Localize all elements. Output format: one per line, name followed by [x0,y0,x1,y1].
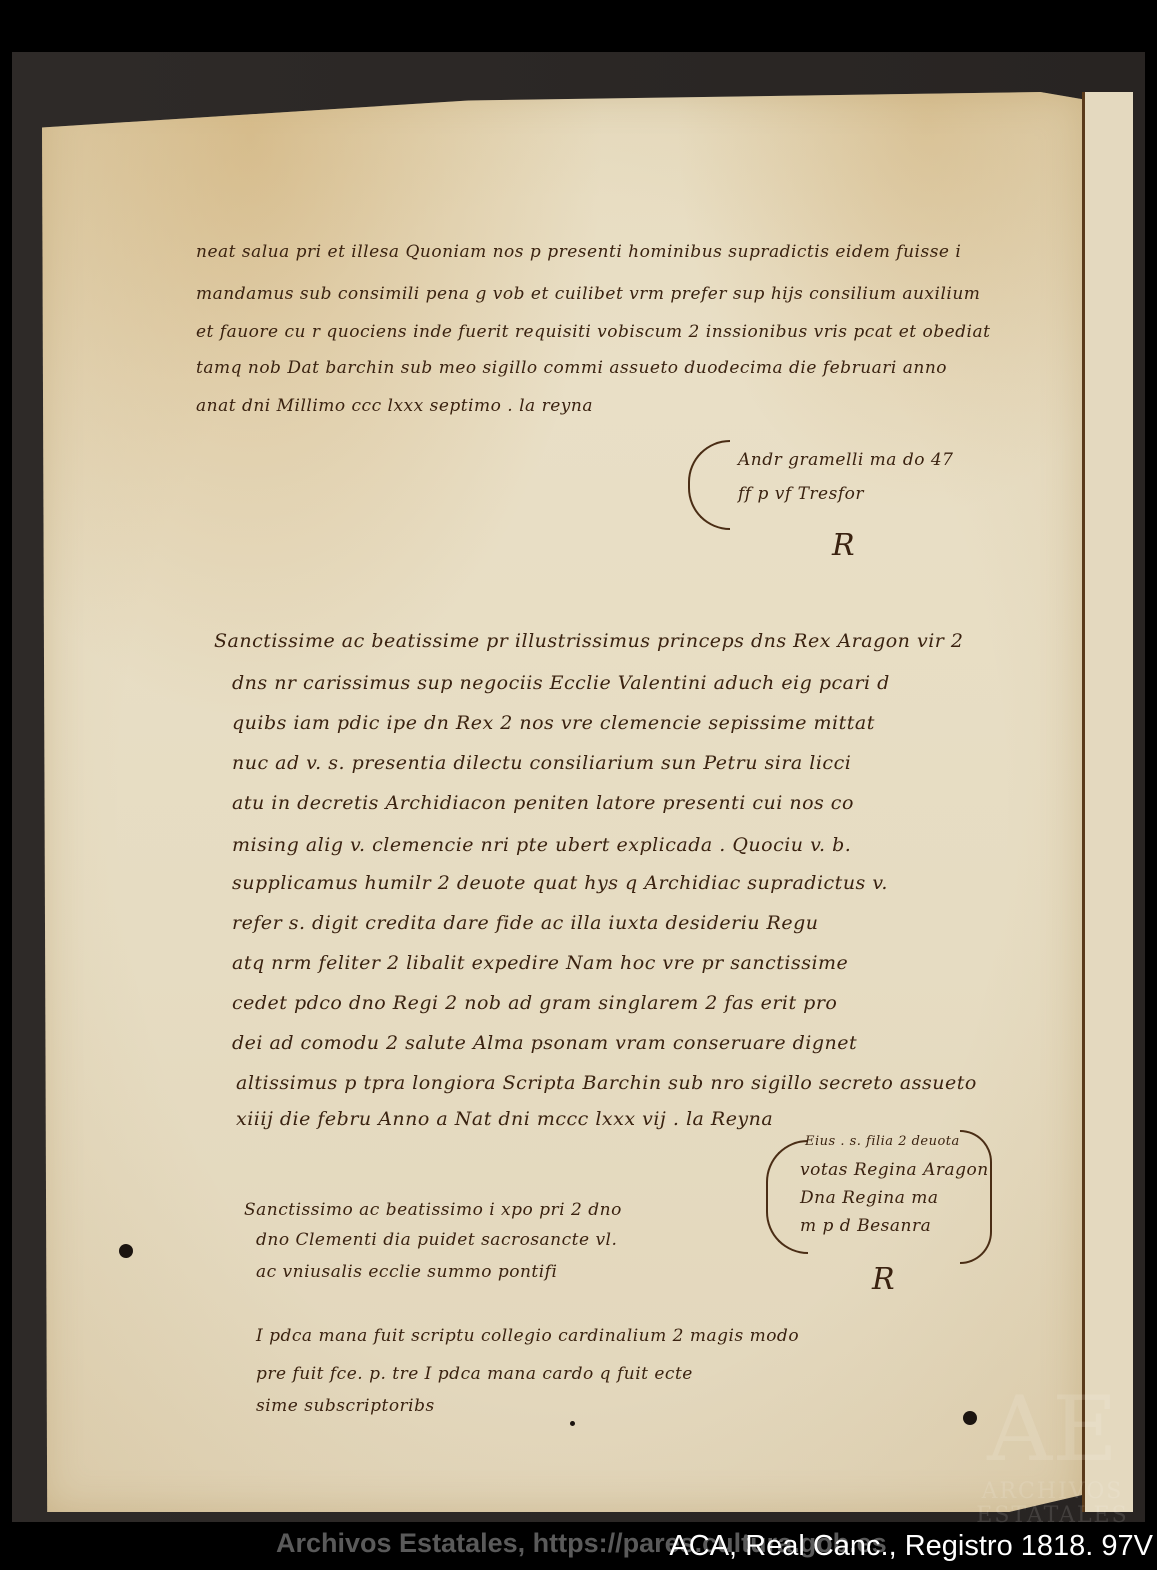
annotation-line: ff p vf Tresfor [738,484,864,504]
manuscript-line: refer s. digit credita dare fide ac illa… [232,912,819,934]
manuscript-line: anat dni Millimo ccc lxxx septimo . la r… [196,396,593,416]
manuscript-line: supplicamus humilr 2 deuote quat hys q A… [232,872,888,894]
manuscript-line: xiiij die febru Anno a Nat dni mccc lxxx… [236,1108,773,1130]
manuscript-line: cedet pdco dno Regi 2 nob ad gram singla… [232,992,837,1014]
manuscript-line: dei ad comodu 2 salute Alma psonam vram … [232,1032,857,1054]
manuscript-line: et fauore cu r quociens inde fuerit requ… [196,322,990,342]
manuscript-line: Sanctissime ac beatissime pr illustrissi… [214,630,963,652]
annotation-line: m p d Besanra [800,1216,931,1236]
manuscript-line: nuc ad v. s. presentia dilectu consiliar… [232,752,851,774]
bracket-decoration [960,1130,992,1264]
annotation-line: Eius . s. filia 2 deuota [805,1134,960,1149]
manuscript-line: sime subscriptoribs [256,1396,435,1416]
footer-caption: Archivos Estatales, https://pares.cultur… [0,1522,1157,1570]
ink-dot [570,1421,575,1426]
manuscript-line: quibs iam pdic ipe dn Rex 2 nos vre clem… [232,712,875,734]
manuscript-line: pre fuit fce. p. tre I pdca mana cardo q… [256,1364,693,1384]
annotation-line: Dna Regina ma [800,1188,939,1208]
watermark-logo: AE [965,1380,1140,1480]
manuscript-line: I pdca mana fuit scriptu collegio cardin… [256,1326,799,1346]
annotation-line: Andr gramelli ma do 47 [738,450,954,470]
manuscript-line: atq nrm feliter 2 libalit expedire Nam h… [232,952,848,974]
archive-reference: ACA, Real Canc., Registro 1818. 97V [669,1530,1153,1563]
manuscript-line: mising alig v. clemencie nri pte ubert e… [232,834,851,856]
registration-mark: R [872,1262,895,1297]
manuscript-line: altissimus p tpra longiora Scripta Barch… [236,1072,977,1094]
manuscript-line: mandamus sub consimili pena g vob et cui… [196,284,980,304]
adjacent-page-edge [1082,92,1133,1512]
manuscript-line: neat salua pri et illesa Quoniam nos p p… [196,242,961,262]
manuscript-line: tamq nob Dat barchin sub meo sigillo com… [196,358,947,378]
manuscript-line: ac vniusalis ecclie summo pontifi [256,1262,557,1282]
annotation-line: votas Regina Aragon [800,1160,989,1180]
manuscript-line: dno Clementi dia puidet sacrosancte vl. [256,1230,617,1250]
manuscript-line: Sanctissimo ac beatissimo i xpo pri 2 dn… [244,1200,622,1220]
watermark-line: ARCHIVOS [965,1480,1140,1504]
manuscript-line: atu in decretis Archidiacon peniten lato… [232,792,854,814]
registration-mark: R [832,528,855,563]
binding-hole [119,1244,133,1258]
manuscript-line: dns nr carissimus sup negociis Ecclie Va… [232,672,890,694]
